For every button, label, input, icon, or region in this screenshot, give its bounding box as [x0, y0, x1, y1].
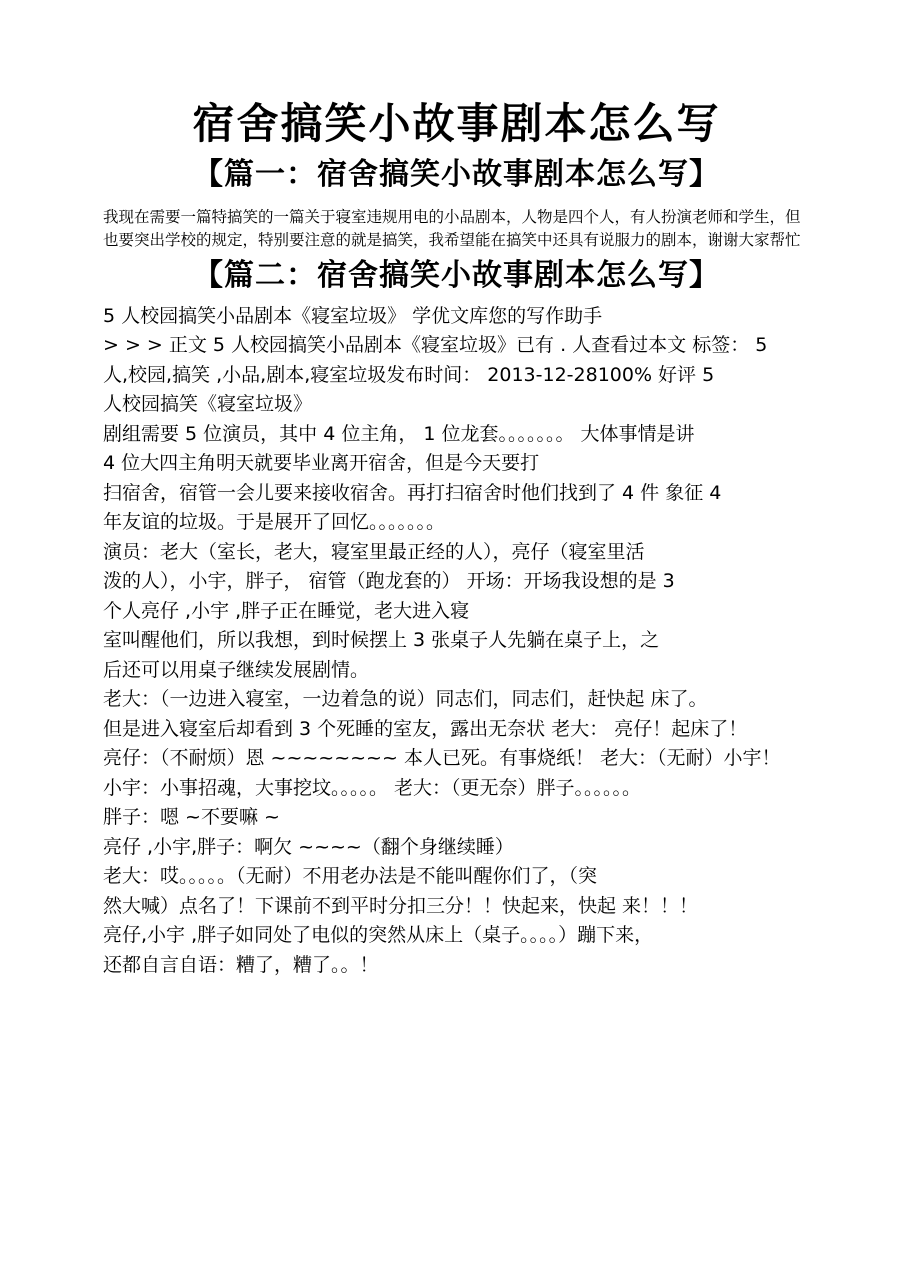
body-line: 亮仔 ,小宇,胖子：啊欠 ~~~~（翻个身继续睡）: [103, 833, 810, 863]
section2-body: 5 人校园搞笑小品剧本《寝室垃圾》 学优文库您的写作助手 > > > 正文 5 …: [103, 302, 810, 981]
body-line: 演员：老大（室长，老大，寝室里最正经的人），亮仔（寝室里活: [103, 538, 810, 568]
section2-heading: 【篇二：宿舍搞笑小故事剧本怎么写】: [103, 256, 810, 295]
body-line: 扫宿舍，宿管一会儿要来接收宿舍。再打扫宿舍时他们找到了 4 件 象征 4: [103, 479, 810, 509]
section1-heading: 【篇一：宿舍搞笑小故事剧本怎么写】: [103, 155, 810, 194]
document-page: 宿舍搞笑小故事剧本怎么写 【篇一：宿舍搞笑小故事剧本怎么写】 我现在需要一篇特搞…: [0, 0, 904, 1280]
body-line: 老大：（一边进入寝室，一边着急的说）同志们，同志们，赶快起 床了。: [103, 685, 810, 715]
body-line: 胖子：嗯 ~不要嘛 ~: [103, 803, 810, 833]
body-line: 剧组需要 5 位演员，其中 4 位主角， 1 位龙套。。。。。。。 大体事情是讲: [103, 420, 810, 450]
body-line: 年友谊的垃圾。于是展开了回忆。。。。。。。: [103, 508, 810, 538]
body-line: 室叫醒他们，所以我想，到时候摆上 3 张桌子人先躺在桌子上，之: [103, 626, 810, 656]
body-line: 但是进入寝室后却看到 3 个死睡的室友，露出无奈状 老大： 亮仔！起床了！: [103, 715, 810, 745]
body-line: 人校园搞笑《寝室垃圾》: [103, 390, 810, 420]
body-line: 老大：哎。。。。。（无耐）不用老办法是不能叫醒你们了，（突: [103, 862, 810, 892]
body-line: 亮仔,小宇 ,胖子如同处了电似的突然从床上（桌子。。。。）蹦下来，: [103, 921, 810, 951]
body-line: 4 位大四主角明天就要毕业离开宿舍，但是今天要打: [103, 449, 810, 479]
body-line: 个人亮仔 ,小宇 ,胖子正在睡觉，老大进入寝: [103, 597, 810, 627]
document-title: 宿舍搞笑小故事剧本怎么写: [103, 98, 810, 151]
section1-paragraph: 我现在需要一篇特搞笑的一篇关于寝室违规用电的小品剧本，人物是四个人，有人扮演老师…: [103, 206, 810, 252]
body-line: 小宇：小事招魂，大事挖坟。。。。。 老大：（更无奈）胖子。。。。。。: [103, 774, 810, 804]
body-line: 还都自言自语：糟了，糟了。。！: [103, 951, 810, 981]
body-line: 然大喊）点名了！下课前不到平时分扣三分！！快起来，快起 来！！！: [103, 892, 810, 922]
body-line: 5 人校园搞笑小品剧本《寝室垃圾》 学优文库您的写作助手: [103, 302, 810, 332]
body-line: 亮仔：（不耐烦）恩 ~~~~~~~~ 本人已死。有事烧纸！ 老大：（无耐）小宇！: [103, 744, 810, 774]
body-line: 后还可以用桌子继续发展剧情。: [103, 656, 810, 686]
body-line: 泼的人），小宇，胖子， 宿管（跑龙套的） 开场：开场我设想的是 3: [103, 567, 810, 597]
body-line: > > > 正文 5 人校园搞笑小品剧本《寝室垃圾》已有 . 人查看过本文 标签…: [103, 331, 810, 361]
body-line: 人,校园,搞笑 ,小品,剧本,寝室垃圾发布时间： 2013-12-28100% …: [103, 361, 810, 391]
section1-paragraph-line: 我现在需要一篇特搞笑的一篇关于寝室违规用电的小品剧本，人物是四个人，有人扮演老师…: [103, 206, 810, 229]
section1-paragraph-line: 也要突出学校的规定，特别要注意的就是搞笑，我希望能在搞笑中还具有说服力的剧本，谢…: [103, 229, 810, 252]
